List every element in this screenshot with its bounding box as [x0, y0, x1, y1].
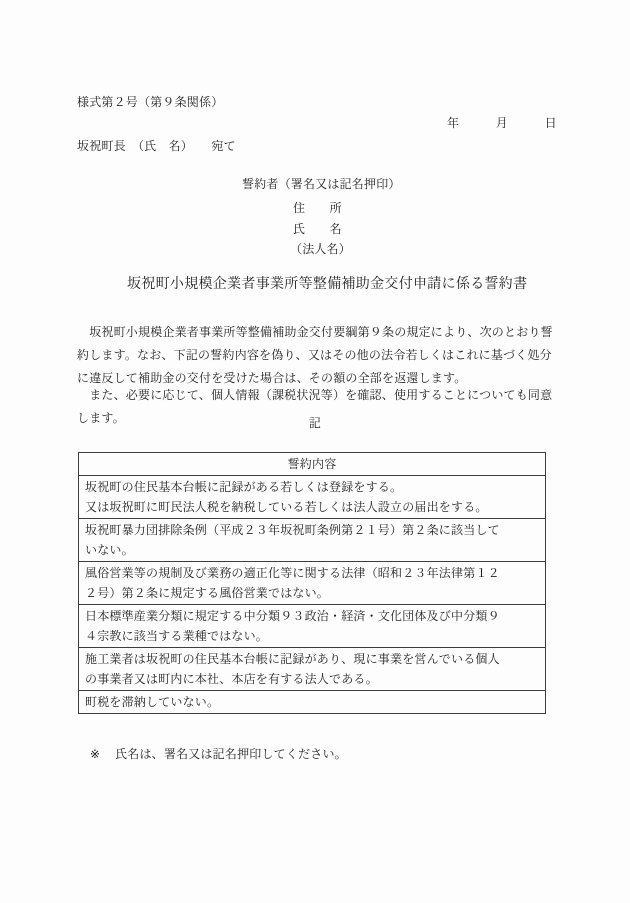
pledge-item-contractor: 施工業者は坂祝町の住民基本台帳に記録があり、現に事業を営んでいる個人 の事業者又…: [79, 648, 546, 691]
pledger-address-label: 住 所: [293, 197, 342, 220]
pledge-item-tax: 町税を滞納していない。: [79, 691, 546, 714]
pledge-item-antigang: 坂祝町暴力団排除条例（平成２３年坂祝町条例第２１号）第２条に該当して いない。: [79, 519, 546, 562]
pledge-content-table: 誓約内容 坂祝町の住民基本台帳に記録がある若しくは登録をする。 又は坂祝町に町民…: [78, 452, 546, 714]
record-marker: 記: [0, 412, 630, 435]
table-row: 坂祝町暴力団排除条例（平成２３年坂祝町条例第２１号）第２条に該当して いない。: [79, 519, 546, 562]
table-header-row: 誓約内容: [79, 453, 546, 476]
pledge-paragraph-1: 坂祝町小規模企業者事業所等整備補助金交付要綱第９条の規定により、次のとおり誓 約…: [77, 321, 577, 390]
pledge-item-residency: 坂祝町の住民基本台帳に記録がある若しくは登録をする。 又は坂祝町に町民法人税を納…: [79, 476, 546, 519]
table-row: 坂祝町の住民基本台帳に記録がある若しくは登録をする。 又は坂祝町に町民法人税を納…: [79, 476, 546, 519]
pledger-heading: 誓約者（署名又は記名押印）: [242, 173, 401, 196]
footnote: ※氏名は、署名又は記名押印してください。: [77, 720, 347, 789]
table-row: 町税を滞納していない。: [79, 691, 546, 714]
footnote-marker: ※: [90, 743, 100, 766]
document-title: 坂祝町小規模企業者事業所等整備補助金交付申請に係る誓約書: [127, 273, 527, 296]
addressee-line: 坂祝町長 （氏 名） 宛て: [77, 135, 236, 158]
date-line: 年 月 日: [447, 112, 557, 135]
pledger-corporate-label: （法人名）: [290, 238, 351, 261]
table-row: 風俗営業等の規制及び業務の適正化等に関する法律（昭和２３年法律第１２ ２号）第２…: [79, 562, 546, 605]
pledge-item-industry-class: 日本標準産業分類に規定する中分類９３政治・経済・文化団体及び中分類９ ４宗教に該…: [79, 605, 546, 648]
pledge-item-adult-business: 風俗営業等の規制及び業務の適正化等に関する法律（昭和２３年法律第１２ ２号）第２…: [79, 562, 546, 605]
table-row: 日本標準産業分類に規定する中分類９３政治・経済・文化団体及び中分類９ ４宗教に該…: [79, 605, 546, 648]
footnote-text: 氏名は、署名又は記名押印してください。: [115, 747, 347, 761]
pledge-document-page: 様式第２号（第９条関係） 年 月 日 坂祝町長 （氏 名） 宛て 誓約者（署名又…: [0, 0, 630, 903]
table-header-cell: 誓約内容: [79, 453, 546, 476]
form-number: 様式第２号（第９条関係）: [77, 91, 223, 114]
table-row: 施工業者は坂祝町の住民基本台帳に記録があり、現に事業を営んでいる個人 の事業者又…: [79, 648, 546, 691]
